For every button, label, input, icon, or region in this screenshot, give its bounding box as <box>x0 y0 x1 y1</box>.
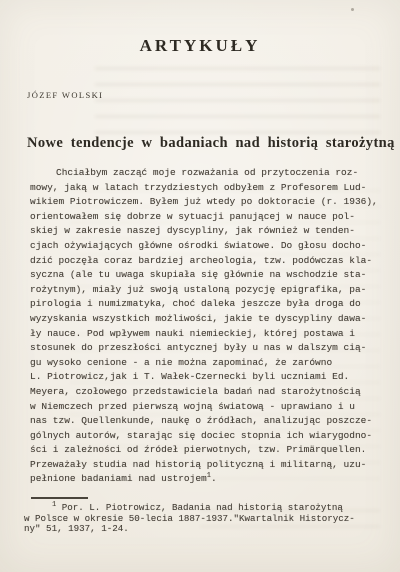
article-body: Chciałbym zacząć moje rozważania od przy… <box>30 166 378 487</box>
body-line-tail: . <box>211 473 217 484</box>
body-line: ści i zależności od źródeł pierwotnych, … <box>30 443 378 458</box>
body-line: w Niemczech przed pierwszą wojną światow… <box>30 400 378 415</box>
scanned-journal-page: ARTYKUŁY JÓZEF WOLSKI Nowe tendencje w b… <box>0 0 400 572</box>
footnote-line: ny" 51, 1937, 1-24. <box>24 524 380 535</box>
footnote-separator-rule <box>31 497 88 499</box>
body-line-with-footnote-ref: pełnione badaniami nad ustrojem1. <box>30 472 378 487</box>
body-line-text: pełnione badaniami nad ustrojem <box>30 473 207 484</box>
body-line: syczna (ale tu uwaga skupiała się główni… <box>30 268 378 283</box>
body-line: skiej w zakresie naszej dyscypliny, jak … <box>30 224 378 239</box>
body-line: cjach ożywiających główne ośrodki świato… <box>30 239 378 254</box>
article-title: Nowe tendencje w badaniach nad historią … <box>27 135 387 152</box>
article-author: JÓZEF WOLSKI <box>27 90 103 100</box>
footnote: 1 Por. L. Piotrowicz, Badania nad histor… <box>24 503 380 535</box>
body-line: stosunek do przeszłości antycznej były u… <box>30 341 378 356</box>
body-line: Meyera, czołowego przedstawiciela badań … <box>30 385 378 400</box>
body-line: nas tzw. Quellenkunde, naukę o źródłach,… <box>30 414 378 429</box>
footnote-line-text: Por. L. Piotrowicz, Badania nad historią… <box>56 502 343 513</box>
body-line: wikiem Piotrowiczem. Byłem już wtedy po … <box>30 195 378 210</box>
body-line: orientowałem się dobrze w sytuacji panuj… <box>30 210 378 225</box>
scan-speck-artifact <box>351 8 354 11</box>
body-line: wyzyskania wszystkich możliwości, jakie … <box>30 312 378 327</box>
body-line: Chciałbym zacząć moje rozważania od przy… <box>30 166 378 181</box>
body-line: pirologia i numizmatyka, choć daleka jes… <box>30 297 378 312</box>
page-showthrough-artifact <box>95 58 380 134</box>
body-line: rożytnym), miały już swoją ustaloną pozy… <box>30 283 378 298</box>
body-line: dzić poczęła coraz bardziej archeologia,… <box>30 254 378 269</box>
body-line: L. Piotrowicz,jak i T. Wałek-Czernecki b… <box>30 370 378 385</box>
body-line: gólnych autorów, starając się dociec sto… <box>30 429 378 444</box>
body-line: mowy, jaką w latach trzydziestych odbyłe… <box>30 181 378 196</box>
body-line: gu wysoko cenione - a nie można zapomina… <box>30 356 378 371</box>
section-heading: ARTYKUŁY <box>0 36 400 56</box>
body-line: ły nauce. Pod wpływem nauki niemieckiej,… <box>30 327 378 342</box>
body-line: Przeważały studia nad historią polityczn… <box>30 458 378 473</box>
